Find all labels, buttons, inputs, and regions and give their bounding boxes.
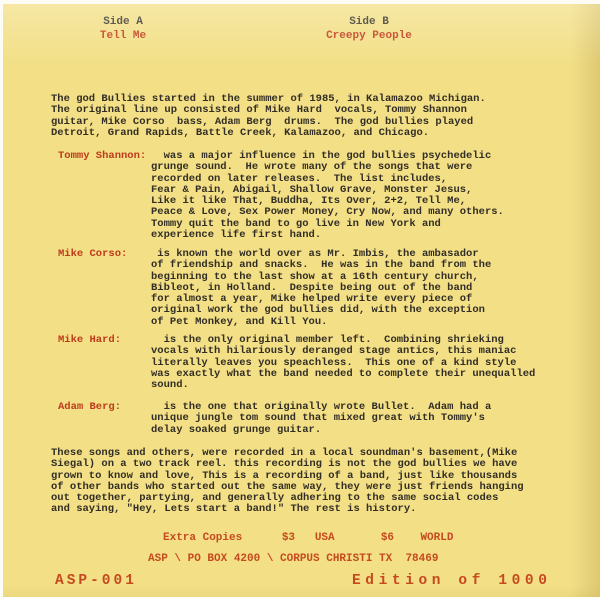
edition-count: Edition of 1000 [352,574,552,589]
catalog-number: ASP-001 [55,574,137,589]
member-name-label: Mike Hard: [58,335,121,346]
member-bio: was a major influence in the god bullies… [151,151,600,241]
member-section-tommy-shannon: Tommy Shannon: was a major influence in … [3,151,600,241]
member-name-label: Adam Berg: [58,402,121,413]
intro-paragraph: The god Bullies started in the summer of… [51,94,486,139]
member-name-label: Mike Corso: [58,249,127,260]
side-a-track-title: Tell Me [53,30,193,44]
record-insert-page: Side A Tell Me Side B Creepy People The … [0,0,600,597]
side-a-heading: Side A Tell Me [53,16,193,43]
member-section-adam-berg: Adam Berg: is the one that originally wr… [3,402,600,436]
side-b-title: Side B [299,16,439,30]
side-b-track-title: Creepy People [299,30,439,44]
side-a-title: Side A [53,16,193,30]
closing-paragraph: These songs and others, were recorded in… [51,448,524,516]
member-bio: is the only original member left. Combin… [151,335,600,391]
member-bio: is the one that originally wrote Bullet.… [151,402,600,436]
member-bio: is known the world over as Mr. Imbis, th… [151,249,600,328]
mailing-address-line: ASP \ PO BOX 4200 \ CORPUS CHRISTI TX 78… [148,553,438,565]
member-section-mike-corso: Mike Corso: is known the world over as M… [3,249,600,328]
extra-copies-pricing-line: Extra Copies $3 USA $6 WORLD [163,532,453,544]
member-section-mike-hard: Mike Hard: is the only original member l… [3,335,600,391]
side-b-heading: Side B Creepy People [299,16,439,43]
member-name-label: Tommy Shannon: [58,151,146,162]
